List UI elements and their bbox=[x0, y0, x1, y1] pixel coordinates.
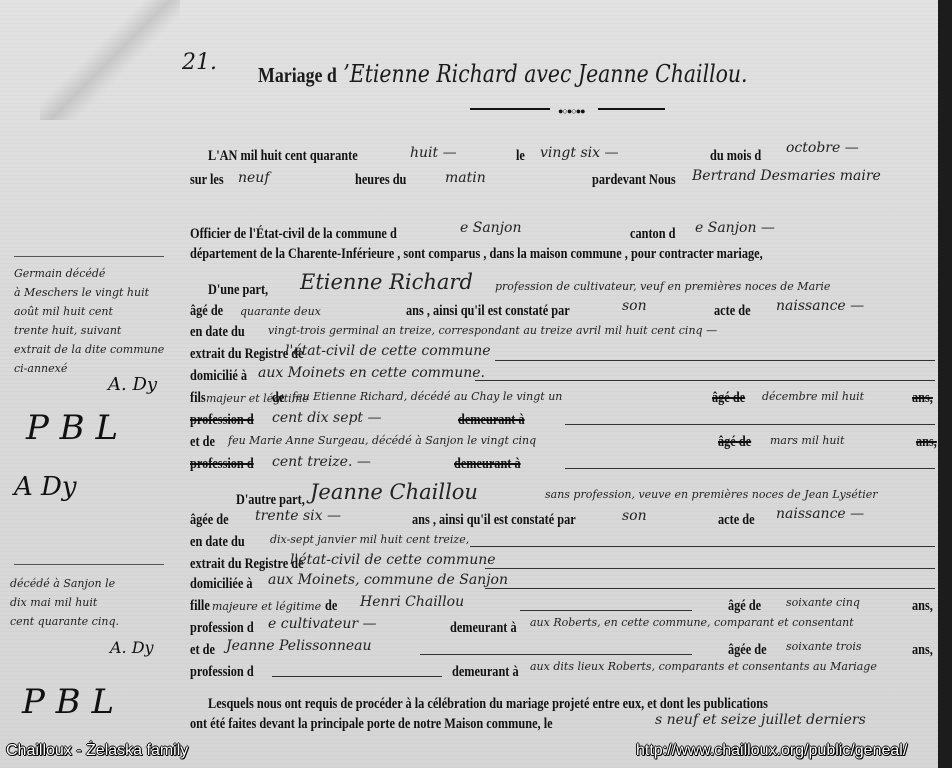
printed-and-of-label-2: et de bbox=[190, 642, 215, 659]
printed-constated-2: ans , ainsi qu'il est constaté par bbox=[412, 512, 576, 529]
printed-of-label: de bbox=[272, 390, 284, 407]
printed-and-of-label: et de bbox=[190, 434, 215, 451]
printed-age-label-4: âgée de bbox=[728, 642, 767, 659]
printed-officer-label: Officier de l'État-civil de la commune d bbox=[190, 226, 397, 243]
watermark-url[interactable]: http://www.chailloux.org/public/geneal/ bbox=[636, 742, 907, 760]
printed-of-label-2: de bbox=[325, 598, 337, 615]
hand-groom-mother: feu Marie Anne Surgeau, décédé à Sanjon … bbox=[228, 434, 536, 447]
hand-groom-birthdate: vingt-trois germinal an treize, correspo… bbox=[268, 324, 717, 337]
record-title: Mariage d ’Etienne Richard avec Jeanne C… bbox=[258, 60, 748, 88]
hand-time: matin bbox=[445, 170, 486, 186]
printed-age-label: âgé de bbox=[190, 303, 223, 320]
printed-age-label-3: âgé de bbox=[728, 598, 761, 615]
printed-act-label: acte de bbox=[714, 303, 751, 320]
hand-bride-profession: sans profession, veuve en premières noce… bbox=[545, 488, 878, 501]
printed-daughter-label: fille bbox=[190, 598, 210, 615]
hand-mayor: Bertrand Desmaries maire bbox=[692, 168, 881, 184]
printed-son-label: fils bbox=[190, 390, 206, 407]
hand-bride-father-profession: e cultivateur — bbox=[268, 616, 377, 632]
hand-year: huit — bbox=[410, 145, 457, 161]
printed-act-label-2: acte de bbox=[718, 512, 755, 529]
printed-register-label-2: extrait du Registre de bbox=[190, 556, 304, 573]
hand-groom-act: naissance — bbox=[776, 298, 864, 314]
hand-publication-dates: s neuf et seize juillet derniers bbox=[655, 712, 866, 728]
printed-time-label: heures du bbox=[355, 172, 406, 189]
hand-bride-mother-residence: aux dits lieux Roberts, comparants et co… bbox=[530, 660, 877, 673]
hand-groom-son: son bbox=[622, 298, 647, 314]
hand-groom-father: feu Etienne Richard, décédé au Chay le v… bbox=[292, 390, 562, 403]
printed-publications-2: ont été faites devant la principale port… bbox=[190, 716, 553, 733]
hand-father-death: décembre mil huit bbox=[762, 390, 864, 403]
printed-constated: ans , ainsi qu'il est constaté par bbox=[406, 303, 570, 320]
printed-ans-2: ans, bbox=[912, 642, 933, 659]
margin-note-bride: décédé à Sanjon le dix mai mil huit cent… bbox=[10, 574, 119, 631]
hand-month: octobre — bbox=[786, 140, 859, 156]
printed-age-struck-2: âgé de bbox=[718, 434, 751, 451]
record-number: 21. bbox=[182, 50, 217, 75]
printed-day-label: le bbox=[516, 148, 525, 165]
hand-groom-age: quarante deux bbox=[240, 305, 321, 318]
printed-bride-age-label: âgée de bbox=[190, 512, 229, 529]
hand-bride-father: Henri Chaillou bbox=[360, 594, 464, 610]
hand-groom-domicile: aux Moinets en cette commune. bbox=[258, 365, 485, 381]
hand-bride-father-age: soixante cinq bbox=[786, 596, 860, 609]
hand-father-year: cent dix sept — bbox=[272, 410, 382, 426]
hand-bride-father-residence: aux Roberts, en cette commune, comparant… bbox=[530, 616, 854, 629]
printed-department: département de la Charente-Inférieure , … bbox=[190, 246, 763, 263]
hand-bride-register: l'état-civil de cette commune bbox=[290, 552, 496, 568]
printed-groom-label: D'une part, bbox=[208, 282, 268, 299]
hand-day: vingt six — bbox=[540, 145, 618, 161]
printed-profession-struck-2: profession d bbox=[190, 456, 254, 473]
hand-bride-mother-age: soixante trois bbox=[786, 640, 862, 653]
printed-residing-struck: demeurant à bbox=[458, 412, 525, 429]
watermark-family: Chailloux - Żelaska family bbox=[6, 742, 188, 760]
hand-bride-birthdate: dix-sept janvier mil huit cent treize, bbox=[270, 533, 469, 546]
signature-pbl-2: P B L bbox=[22, 682, 114, 722]
printed-date-label-2: en date du bbox=[190, 534, 245, 551]
printed-before-label: pardevant Nous bbox=[592, 172, 676, 189]
hand-groom-register: l'état-civil de cette commune bbox=[285, 343, 491, 359]
signature-ady-1: A Dy bbox=[14, 472, 77, 502]
hand-bride-son: son bbox=[622, 508, 647, 524]
hand-bride-status: majeure et légitime bbox=[212, 600, 321, 613]
hand-canton: e Sanjon — bbox=[695, 220, 775, 236]
printed-hour-label: sur les bbox=[190, 172, 224, 189]
printed-profession-label: profession d bbox=[190, 620, 254, 637]
printed-residing-label: demeurant à bbox=[450, 620, 517, 637]
title-names: Etienne Richard avec Jeanne Chaillou. bbox=[350, 60, 748, 88]
scanned-register-page: 21. Mariage d ’Etienne Richard avec Jean… bbox=[0, 0, 938, 768]
hand-commune: e Sanjon bbox=[460, 220, 521, 236]
hand-bride-domicile: aux Moinets, commune de Sanjon bbox=[268, 572, 508, 588]
hand-hour: neuf bbox=[238, 170, 270, 186]
printed-profession-struck: profession d bbox=[190, 412, 254, 429]
printed-bride-label: D'autre part, bbox=[236, 492, 305, 509]
hand-groom-name: Etienne Richard bbox=[300, 270, 473, 294]
title-ornament: ●○●○●● bbox=[470, 106, 665, 112]
printed-publications-1: Lesquels nous ont requis de procéder à l… bbox=[208, 696, 768, 713]
margin-initials-2: A. Dy bbox=[110, 638, 154, 657]
hand-bride-name: Jeanne Chaillou bbox=[310, 480, 478, 504]
printed-domicile-label-2: domiciliée à bbox=[190, 576, 253, 593]
hand-bride-act: naissance — bbox=[776, 506, 864, 522]
title-printed: Mariage d bbox=[258, 63, 337, 87]
scan-edge bbox=[938, 0, 952, 768]
printed-ans-struck-2: ans, bbox=[916, 434, 937, 451]
printed-domicile-label: domicilié à bbox=[190, 368, 247, 385]
printed-month-label: du mois d bbox=[710, 148, 761, 165]
printed-residing-label-2: demeurant à bbox=[452, 664, 519, 681]
signature-pbl-1: P B L bbox=[26, 408, 118, 448]
ink-smear bbox=[40, 0, 180, 120]
margin-note-groom: Germain décédé à Meschers le vingt huit … bbox=[14, 264, 164, 378]
printed-ans: ans, bbox=[912, 598, 933, 615]
printed-ans-struck: ans, bbox=[912, 390, 933, 407]
hand-mother-year: cent treize. — bbox=[272, 454, 371, 470]
printed-year-label: L'AN mil huit cent quarante bbox=[208, 148, 358, 165]
margin-initials-1: A. Dy bbox=[108, 374, 157, 395]
hand-mother-death: mars mil huit bbox=[770, 434, 844, 447]
hand-bride-mother: Jeanne Pelissonneau bbox=[226, 638, 372, 654]
hand-bride-age: trente six — bbox=[255, 508, 341, 524]
printed-profession-label-2: profession d bbox=[190, 664, 254, 681]
printed-age-struck: âgé de bbox=[712, 390, 745, 407]
printed-canton-label: canton d bbox=[630, 226, 675, 243]
printed-date-label: en date du bbox=[190, 324, 245, 341]
printed-residing-struck-2: demeurant à bbox=[454, 456, 521, 473]
hand-groom-profession: profession de cultivateur, veuf en premi… bbox=[495, 280, 830, 293]
